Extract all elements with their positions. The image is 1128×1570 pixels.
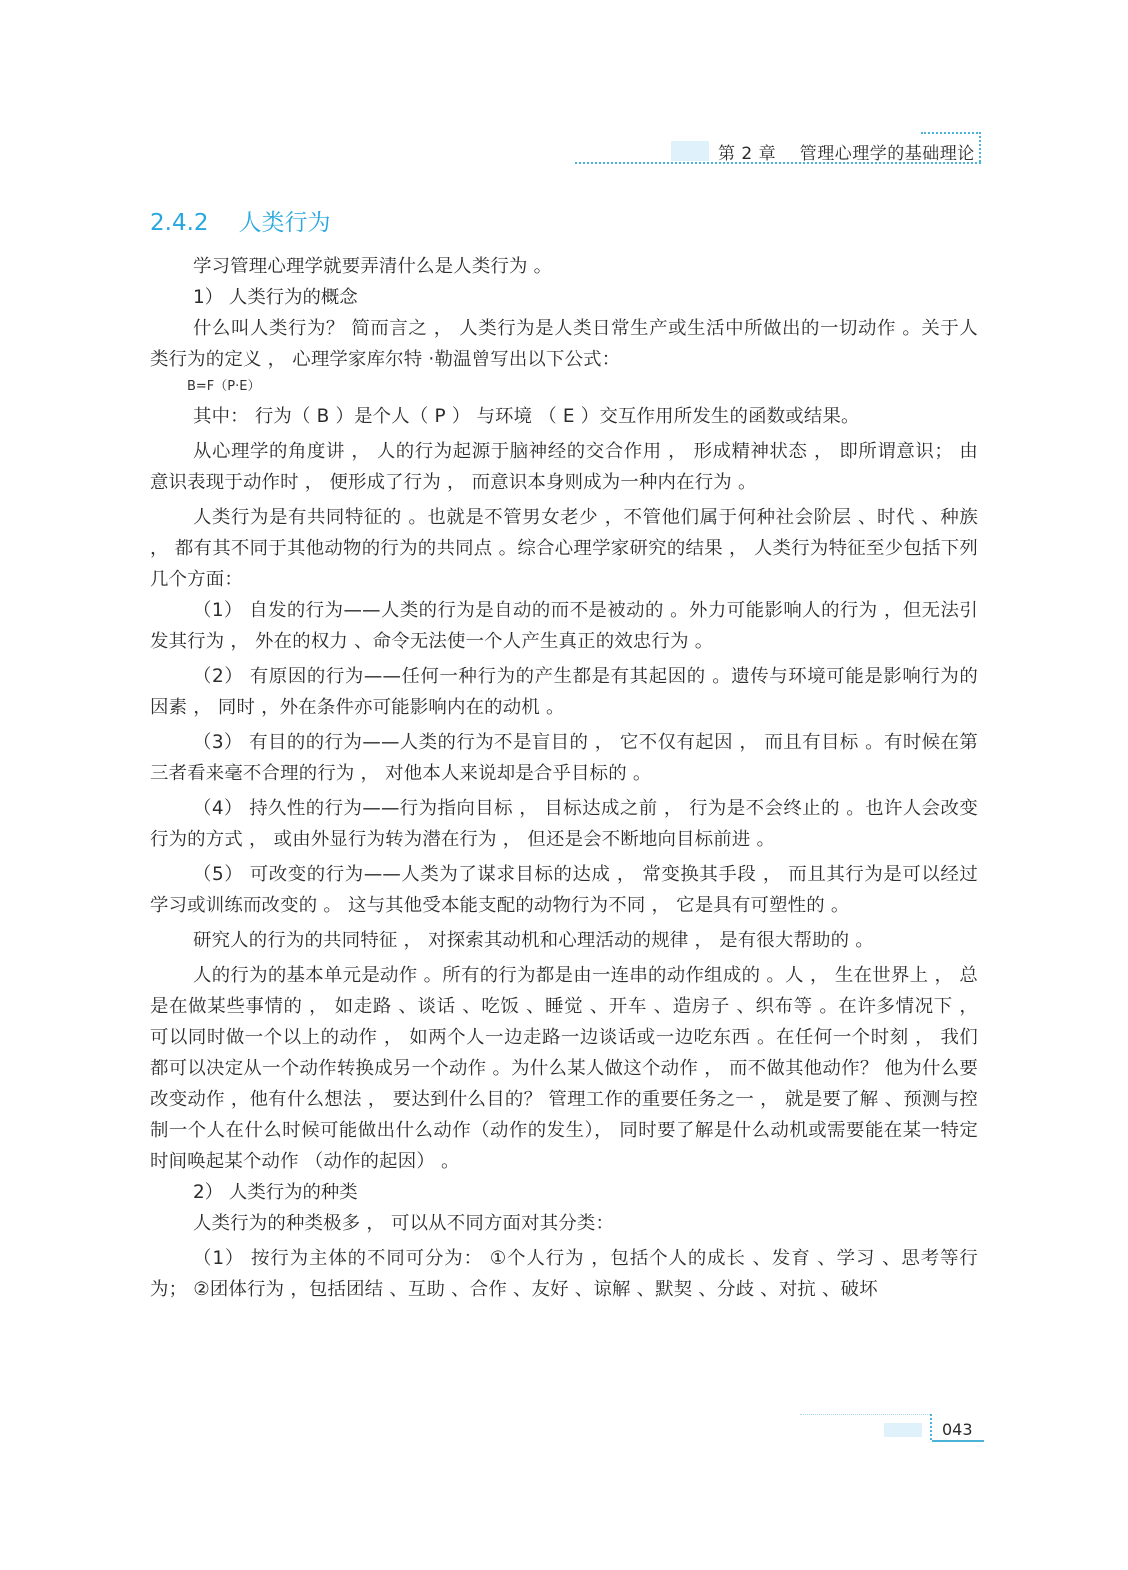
- header-dotted-frame-right: [979, 132, 981, 162]
- running-header: 第 2 章 管理心理学的基础理论: [718, 139, 975, 164]
- paragraph-formula-explanation: 其中： 行为（ B ）是个人（ P ） 与环境 （ E ）交互作用所发生的函数或…: [150, 401, 978, 432]
- paragraph-psychology: 从心理学的角度讲 ， 人的行为起源于脑神经的交合作用 ， 形成精神状态 ， 即所…: [150, 436, 978, 498]
- paragraph-research: 研究人的行为的共同特征 ， 对探索其动机和心理活动的规律 ， 是有很大帮助的 。: [150, 925, 978, 956]
- section-title: 人类行为: [239, 210, 331, 236]
- trait-item: （4） 持久性的行为——行为指向目标 ， 目标达成之前 ， 行为是不会终止的 。…: [150, 793, 978, 855]
- formula: B=F（P·E）: [187, 375, 978, 399]
- trait-item: （2） 有原因的行为——任何一种行为的产生都是有其起因的 。遗传与环境可能是影响…: [150, 661, 978, 723]
- trait-item: （3） 有目的的行为——人类的行为不是盲目的 ， 它不仅有起因 ， 而且有目标 …: [150, 727, 978, 789]
- paragraph-action-unit: 人的行为的基本单元是动作 。所有的行为都是由一连串的动作组成的 。人 ， 生在世…: [150, 960, 978, 1177]
- footer-decoration-block: [884, 1423, 922, 1437]
- footer-dotted-rule: [800, 1414, 930, 1415]
- section-number: 2.4.2: [150, 210, 209, 236]
- subheading-concept: 1） 人类行为的概念: [150, 282, 978, 313]
- paragraph-definition: 什么叫人类行为？ 简而言之 ， 人类行为是人类日常生产或生活中所做出的一切动作 …: [150, 313, 978, 375]
- chapter-label: 第 2 章: [718, 144, 776, 164]
- chapter-title: 管理心理学的基础理论: [800, 144, 975, 164]
- header-dotted-frame-top: [921, 132, 981, 134]
- page-number-underline: [932, 1440, 984, 1442]
- paragraph-types-intro: 人类行为的种类极多 ， 可以从不同方面对其分类：: [150, 1208, 978, 1239]
- subheading-types: 2） 人类行为的种类: [150, 1177, 978, 1208]
- trait-item: （1） 自发的行为——人类的行为是自动的而不是被动的 。外力可能影响人的行为 ，…: [150, 595, 978, 657]
- body-text: 学习管理心理学就要弄清什么是人类行为 。 1） 人类行为的概念 什么叫人类行为？…: [150, 251, 978, 1305]
- paragraph-common-traits: 人类行为是有共同特征的 。也就是不管男女老少 ，不管他们属于何种社会阶层 、时代…: [150, 502, 978, 595]
- page-number: 043: [942, 1420, 973, 1439]
- header-dotted-rule: [575, 162, 981, 164]
- footer-dotted-divider: [930, 1414, 932, 1440]
- paragraph-intro: 学习管理心理学就要弄清什么是人类行为 。: [150, 251, 978, 282]
- paragraph-types-by-subject: （1） 按行为主体的不同可分为： ①个人行为 ，包括个人的成长 、发育 、学习 …: [150, 1243, 978, 1305]
- section-heading: 2.4.2人类行为: [150, 204, 331, 237]
- trait-item: （5） 可改变的行为——人类为了谋求目标的达成 ， 常变换其手段 ， 而且其行为…: [150, 859, 978, 921]
- header-decoration-block: [671, 141, 709, 161]
